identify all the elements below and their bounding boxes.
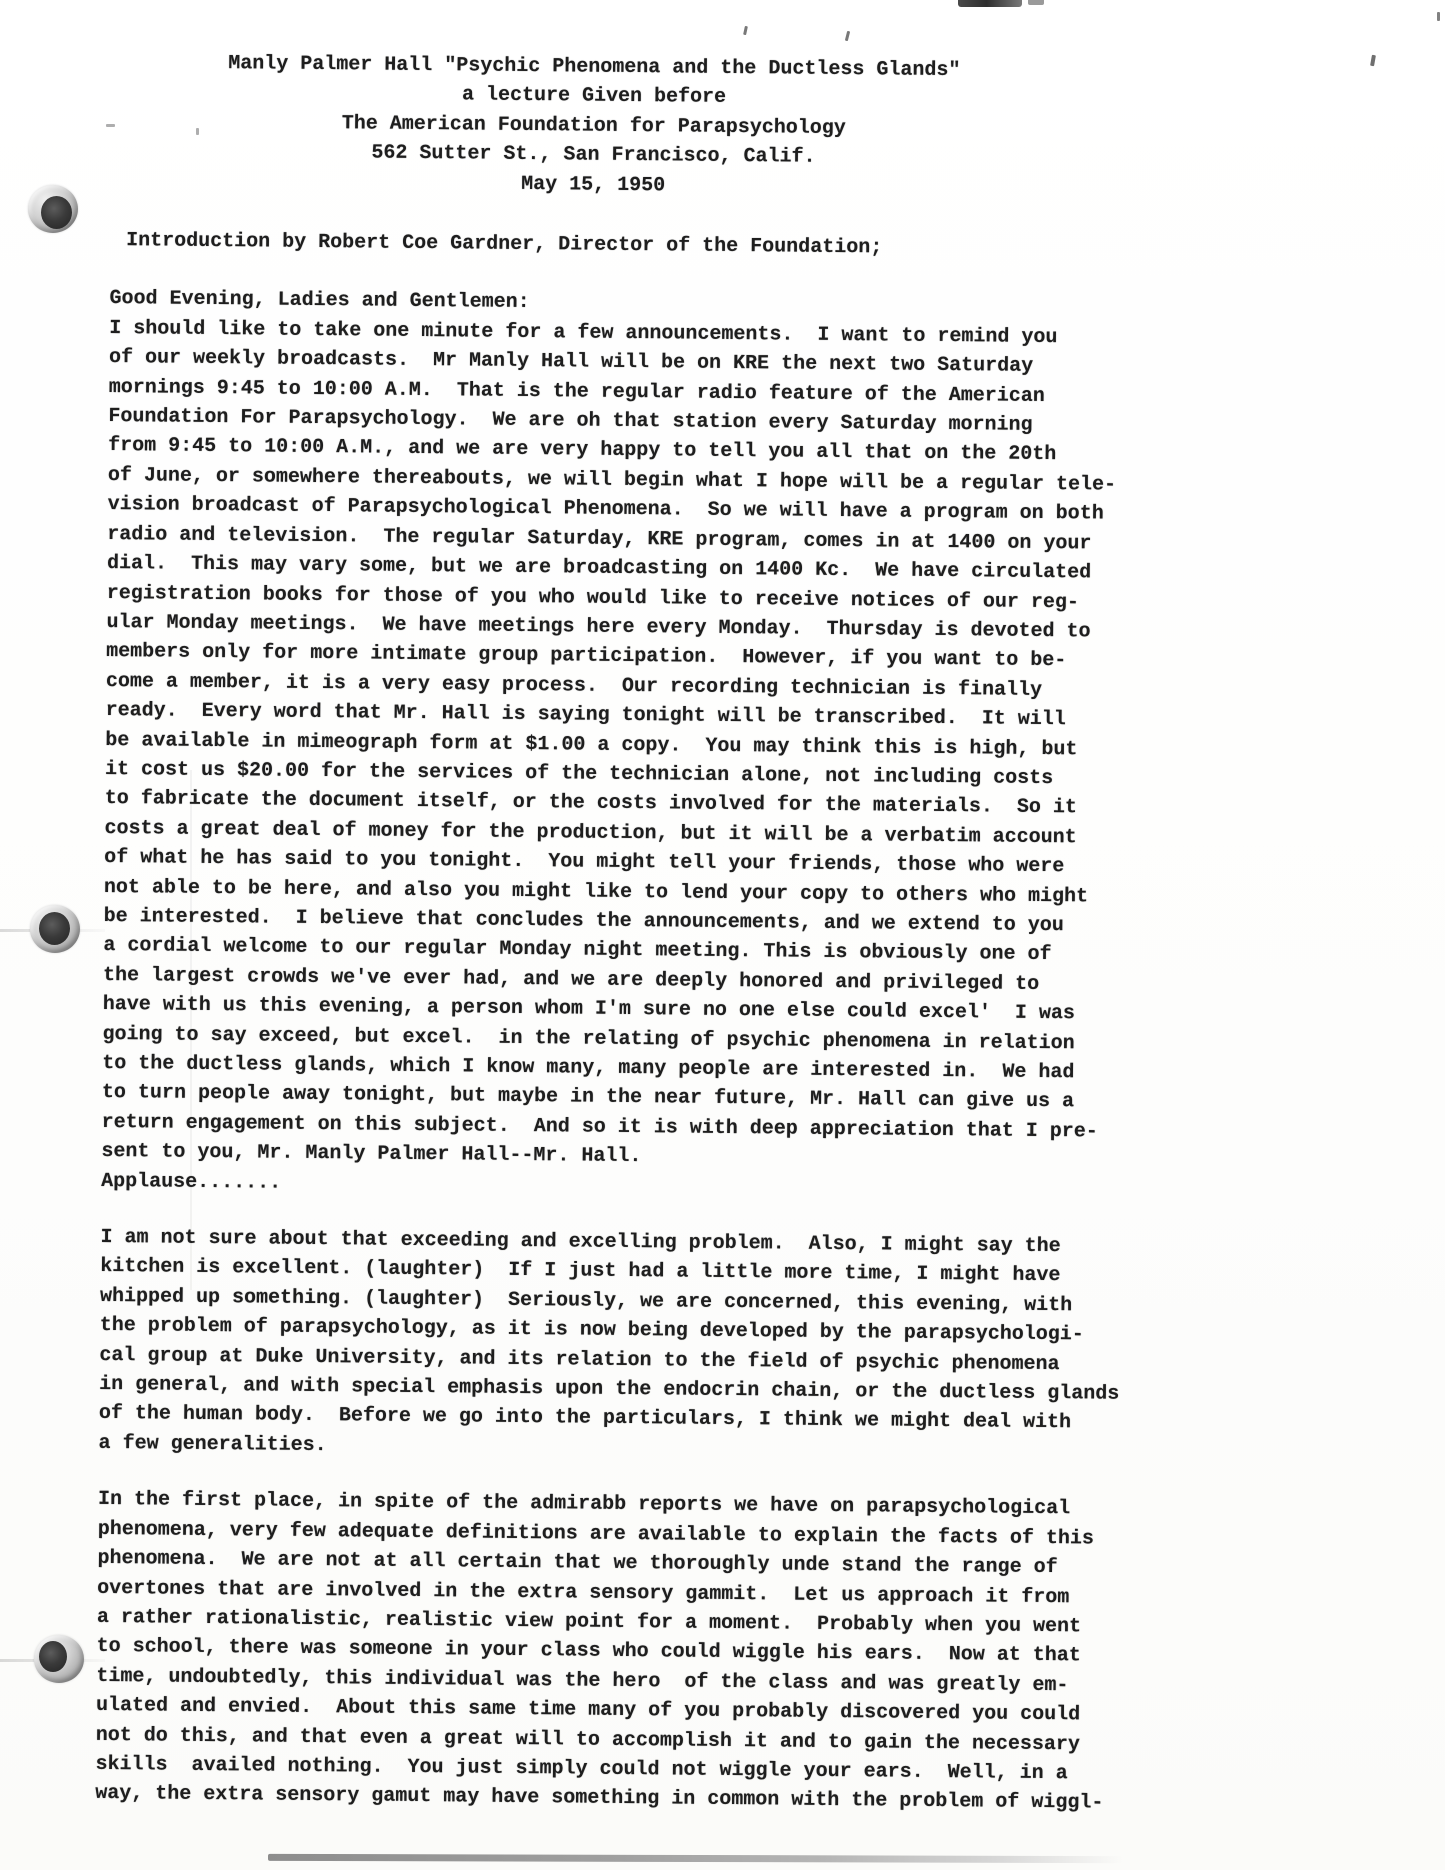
first-place-paragraph: In the first place, in spite of the admi…: [95, 1485, 1173, 1819]
hole-punch-shadow: [39, 912, 70, 945]
hole-punch-shadow: [39, 1641, 67, 1672]
opening-remarks-paragraph: I am not sure about that exceeding and e…: [98, 1223, 1175, 1469]
scan-edge-mark: [958, 0, 1022, 7]
scan-speck: [1437, 12, 1440, 21]
typewritten-content: Manly Palmer Hall "Psychic Phenomena and…: [95, 48, 1187, 1819]
title-block: Manly Palmer Hall "Psychic Phenomena and…: [111, 48, 1077, 204]
hole-punch-icon: [30, 905, 80, 953]
scan-speck: [743, 26, 748, 35]
hole-punch-icon: [28, 185, 78, 233]
next-page-edge: [268, 1854, 1123, 1863]
scan-speck: [845, 31, 850, 41]
hole-punch-icon: [34, 1635, 84, 1683]
announcements-paragraph: Good Evening, Ladies and Gentlemen:I sho…: [101, 284, 1185, 1206]
scanned-document-page: Manly Palmer Hall "Psychic Phenomena and…: [0, 0, 1445, 1870]
scan-speck: [1370, 55, 1376, 67]
hole-punch-shadow: [41, 196, 72, 229]
scan-edge-mark: [1028, 0, 1044, 5]
introduction-line: Introduction by Robert Coe Gardner, Dire…: [126, 226, 1185, 266]
